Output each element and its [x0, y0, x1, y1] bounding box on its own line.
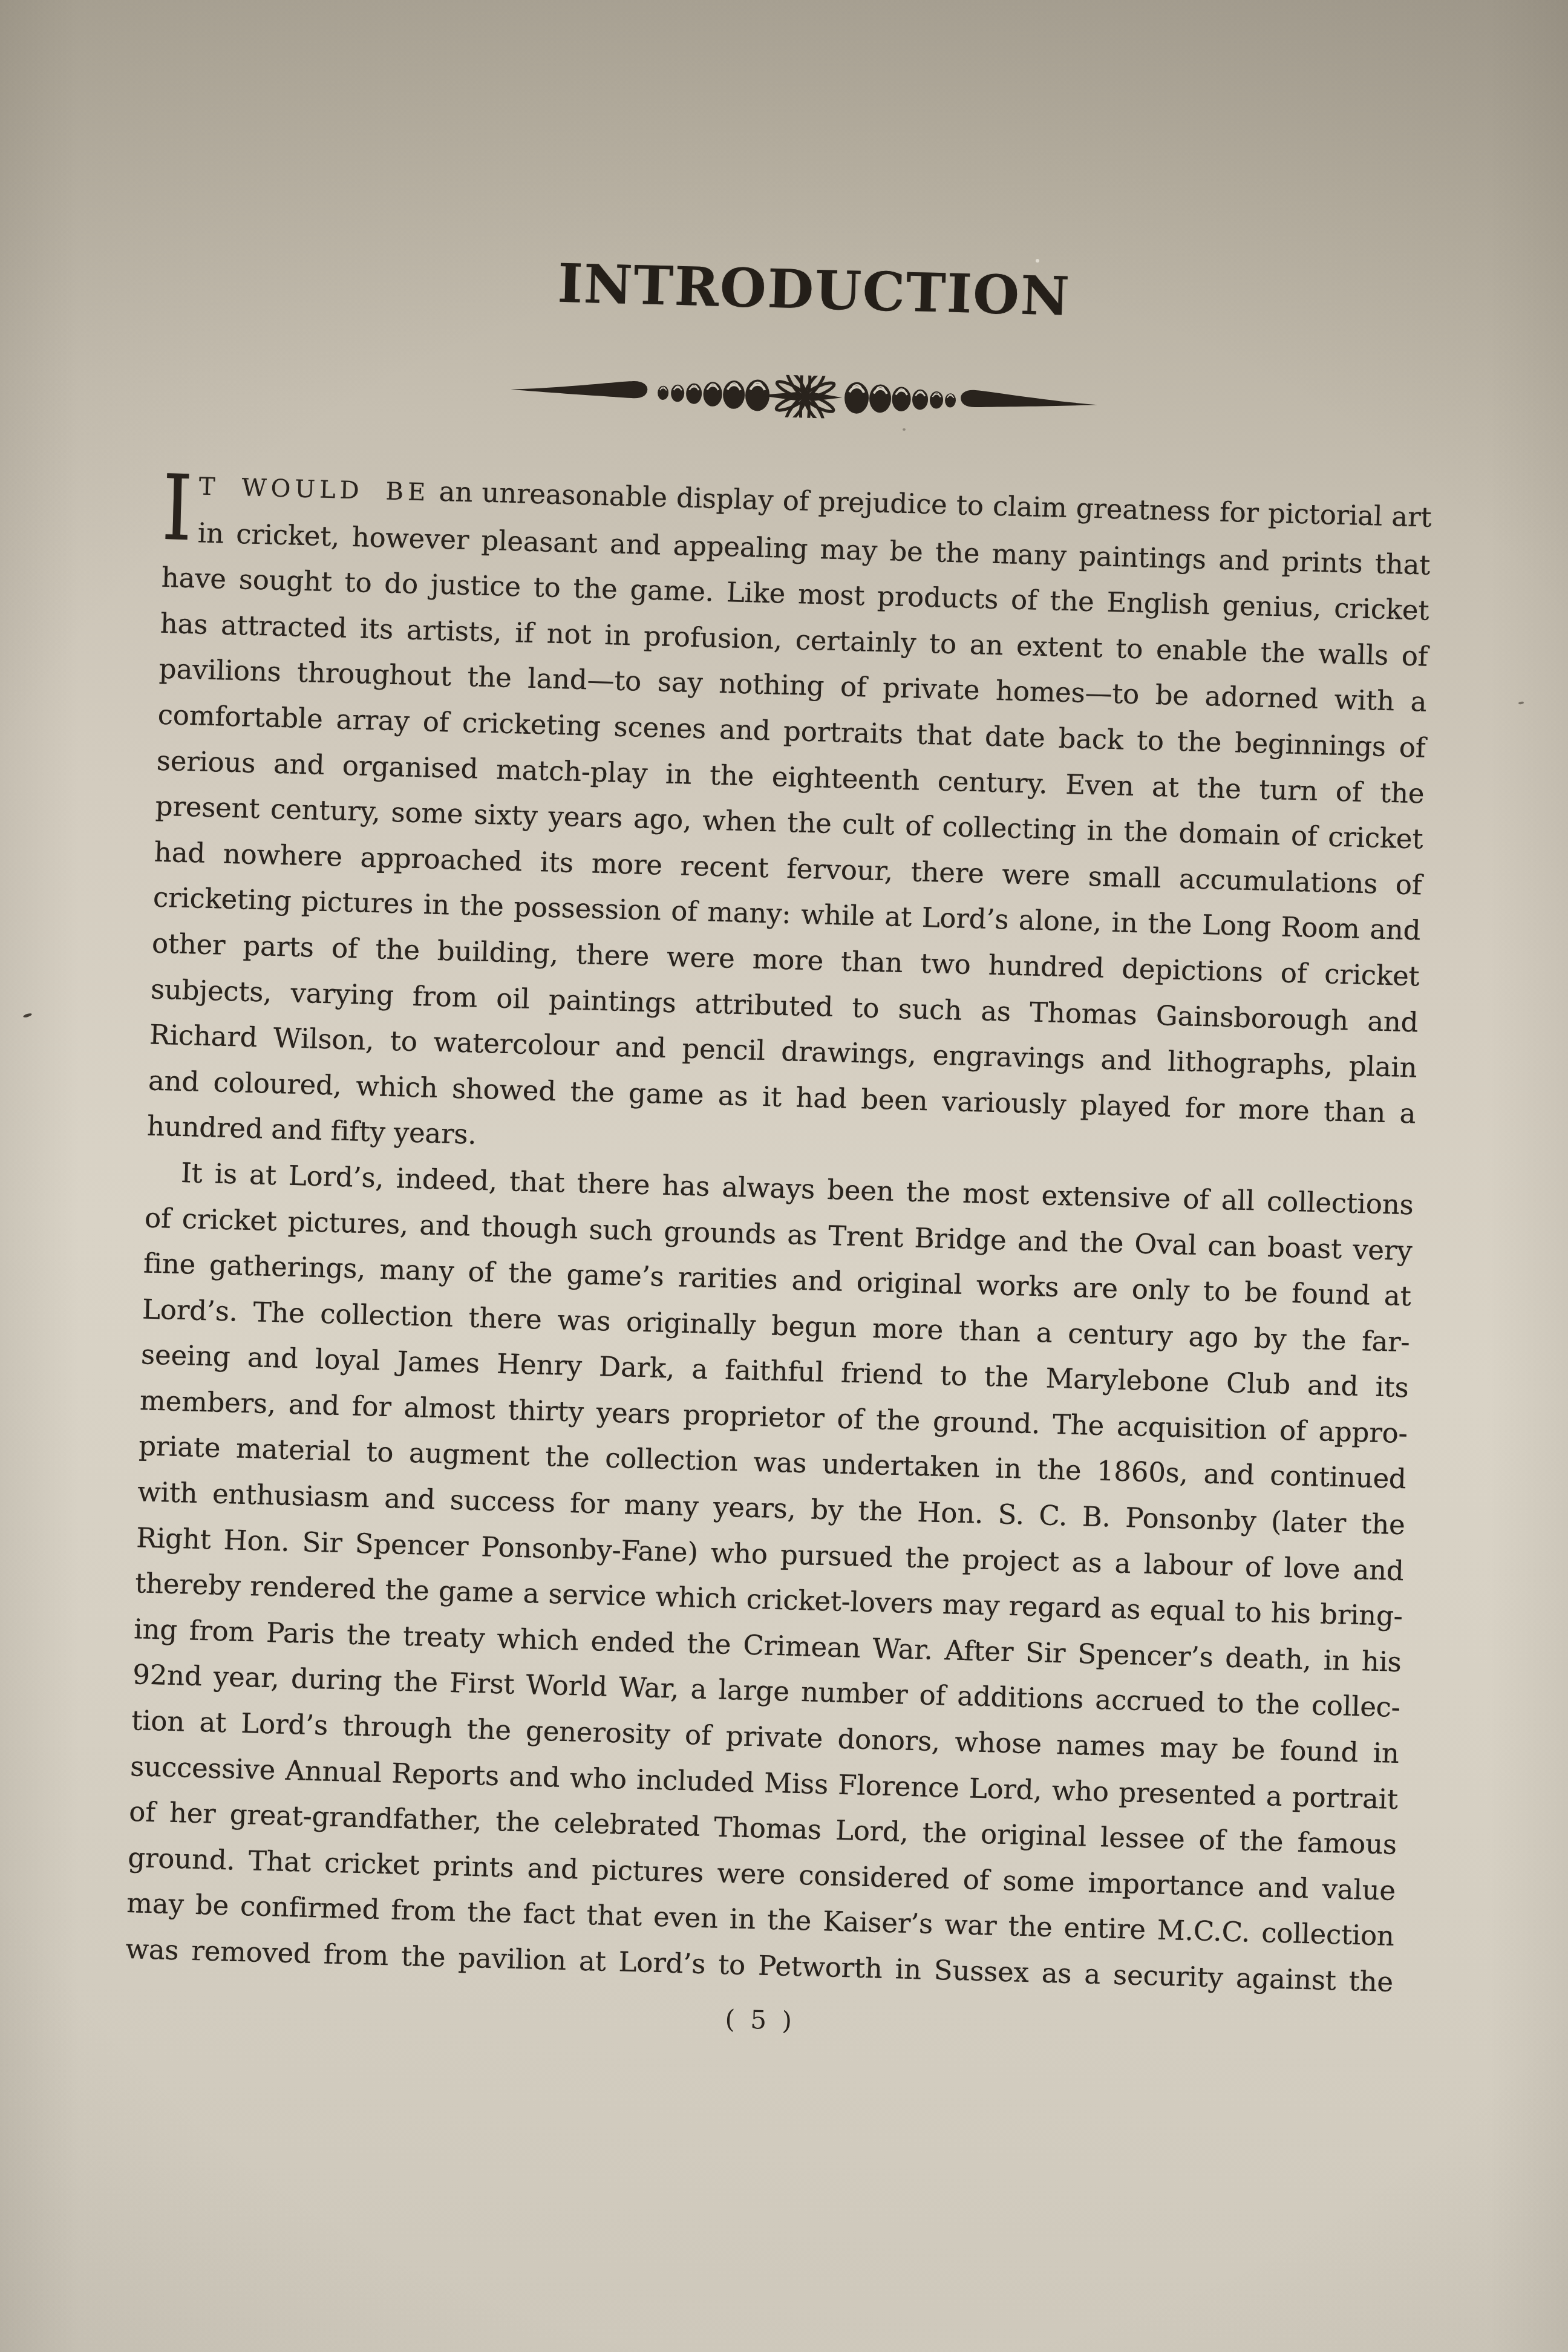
dropcap-letter: I	[161, 463, 194, 554]
paper-speck	[23, 1013, 33, 1018]
body-text: I T WOULD BE an unreasonable display of …	[125, 462, 1432, 2005]
paper-speck	[1036, 259, 1039, 263]
paper-speck	[1518, 701, 1524, 705]
page-content: INTRODUCTION	[123, 244, 1438, 2091]
page-title: INTRODUCTION	[180, 244, 1449, 335]
paragraph-1: I T WOULD BE an unreasonable display of …	[146, 462, 1432, 1182]
leadin-small-caps: T WOULD BE	[198, 472, 430, 506]
book-page-photo: INTRODUCTION	[0, 0, 1568, 2352]
paragraph-2-lines: It is at Lord’s, indeed, that there has …	[125, 1149, 1414, 2005]
paragraph-2: It is at Lord’s, indeed, that there has …	[125, 1149, 1414, 2005]
fleuron-divider-icon	[510, 368, 1098, 425]
paragraph-1-lines: have sought to do justice to the game. L…	[146, 555, 1429, 1182]
